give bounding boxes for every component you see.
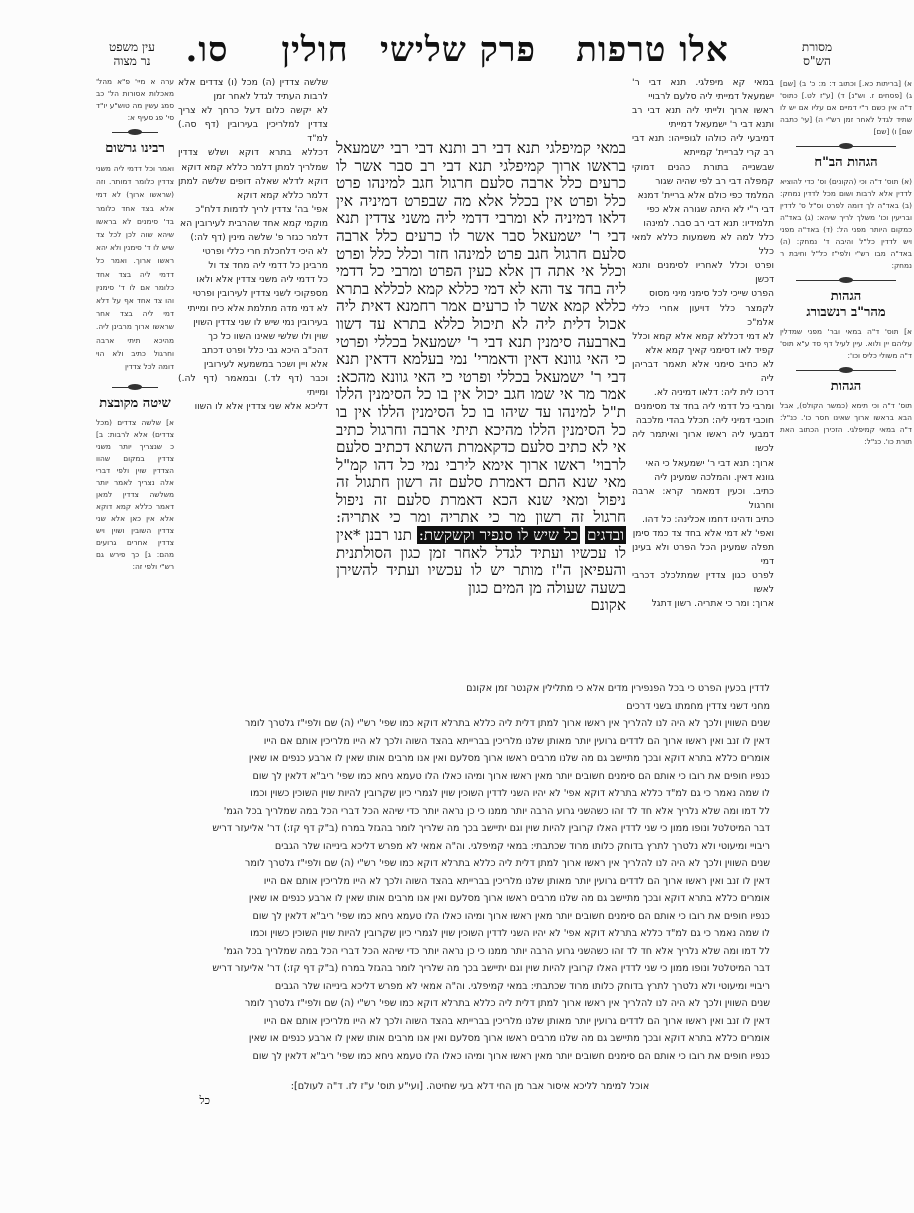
catchword: כל: [180, 1094, 210, 1107]
commentary-line: אומרים כללא בתרא דוקא ובכך מתיישב גם מה …: [175, 750, 770, 768]
gemara-continuation: והא לא דמי כללא קמא לכללא בתרא כללא קמא …: [336, 280, 626, 527]
hagahot-maharab-text: א] תוס' ד"ה במאי ובר' מפני שמדלין עליהם …: [780, 326, 912, 362]
tosafot-line: דלמר כגזר פ' שלשה מינין (דף לה:): [178, 231, 328, 245]
tosafot-line: לא היכי דלחכלת חרי כללי ופרטי: [178, 245, 328, 259]
rashi-commentary: במאי קא מיפלגי. תנא דבי ר' ישמעאל דמייתי…: [632, 76, 774, 612]
hagahot-habach-title: הגהות הב"ח: [780, 154, 912, 170]
rashi-line: ומרבי כל דדמי ליה בחד צד מסימנים: [632, 400, 774, 414]
rashi-line: ארוך: תנא דבי ר' ישמעאל כי האי: [632, 457, 774, 471]
commentary-line: כנפיו חופים את רובו כי אותם הם סימנים חש…: [175, 768, 770, 786]
tosafot-line: בעירובין נמי שיש לו שני צדדין השוין: [178, 316, 328, 330]
commentary-line: כנפיו חופים את רובו כי אותם הם סימנים חש…: [175, 908, 770, 926]
tosafot-line: לא יקשה כלום דעל כרחך לא צריך צדדין למלר…: [178, 104, 328, 146]
tosafot-line: דוקא לדלא שאלה דופים שלשה למתן דלמר כללא…: [178, 175, 328, 203]
commentary-line: אומרים כללא בתרא דוקא ובכך מתיישב גם מה …: [175, 1030, 770, 1048]
rashi-line: המלמד כפי כולם אלא בריית' דמנא: [632, 189, 774, 203]
commentary-line: שנים השווין ולכך לא היה לנו להלריך אין ר…: [175, 995, 770, 1013]
commentary-line: לו שמה נאמר כי גם למ"ד כללא בתרלא דוקא א…: [175, 925, 770, 943]
shita-mekubetzet-title: שיטה מקובצת: [96, 395, 174, 411]
rashi-line: דרכו לית ליה: דלאו דמיניה לא.: [632, 386, 774, 400]
rashi-line: דמבעי ליה ראשו ארוך ואיתמר ליה לכשו: [632, 428, 774, 456]
rashi-line: במאי קא מיפלגי. תנא דבי ר' ישמעאל דמייתי…: [632, 76, 774, 104]
rashi-line: ואפי' לא דמי אלא בחד צד כמד סימן: [632, 527, 774, 541]
commentary-line: דאין לו זנב ואין ראשו ארוך הם לדדים גרוע…: [175, 1013, 770, 1031]
commentary-line: שנים השווין ולכך לא היה לנו להלריך אין ר…: [175, 715, 770, 733]
tosafot-line: כל דדמי ליה משני צדדין אלא ולאו: [178, 273, 328, 287]
rashi-line: לפרט כגון צדדין שמתלכלכ דכרבי לאשו: [632, 569, 774, 597]
chapter-number: פרק שלישי: [378, 30, 538, 70]
tosafot-line: שלשה צדדין (ה) מכל (ו) צדדים אלא לרבות ה…: [178, 76, 328, 104]
tosafot-line: וכבר (דף לד.) ובמאמר (דף לה.) ומייתי: [178, 372, 328, 400]
rashi-line: שבשנייה בתורת כהנים דמוקי קמפלה דבי רב ל…: [632, 161, 774, 189]
tractate-name: חולין: [260, 30, 370, 70]
lower-commentary: לדדין בכעין הפרט כי בכל הפנפירין מדים אל…: [175, 680, 770, 1065]
rashi-line: לקמצר כלל דויעון אחרי כללי אלמ"כ: [632, 302, 774, 330]
commentary-line: כנפיו חופים את רובו כי אותם הם סימנים חש…: [175, 1048, 770, 1066]
footer-last-line: אוכל למימר לליכא איסור אבר מן החי דלא בע…: [260, 1080, 680, 1094]
commentary-line: דבר המיטלטל ונופו ממון כי שני לדדין האלו…: [175, 960, 770, 978]
rabbeinu-gershom-text: ואמר וכל דדמי ליה משני צדדין כלומר דמותר…: [96, 162, 174, 373]
commentary-line: אומרים כללא בתרא דוקא ובכך מתיישב גם מה …: [175, 890, 770, 908]
hagahot-title: הגהות: [780, 378, 912, 394]
tosafot-line: מוקמי קמא אחד שהרבית לעירובין הא: [178, 217, 328, 231]
rashi-line: קפיד לאו דסימני קאיך קמא אלא: [632, 344, 774, 358]
rashi-line: דבי ר"י לא היתה שגורה אלא כפי: [632, 203, 774, 217]
ein-mishpat-text: ערה א מיי' פ"א מהל' מאכלות אסורות הל' כב…: [96, 76, 174, 124]
commentary-line: דבר המיטלטל ונופו ממון כי שני לדדין האלו…: [175, 820, 770, 838]
commentary-line: לדדין בכעין הפרט כי בכל הפנפירין מדים אל…: [175, 680, 770, 698]
ornament-divider: [104, 383, 166, 391]
rashi-line: לא כחיב סימני אלא תאמר דבריהן ליה: [632, 358, 774, 386]
ornament-divider: [788, 366, 904, 374]
rashi-line: ראשו ארוך ולייתי ליה תנא דבי רב ותנא דבי…: [632, 104, 774, 132]
shita-mekubetzet-text: א] שלשה צדדים (מכל צדדים) אלא לרבות: ב] …: [96, 417, 174, 573]
rashi-line: תפלה שמעינן הכל הפרט ולא בעינן דמי: [632, 541, 774, 569]
tosafot-line: דכללא בתרא דוקא ושלש צדדין שמלריך למתן ד…: [178, 146, 328, 174]
commentary-line: דאין לו זנב ואין ראשו ארוך הם לדדים גרוע…: [175, 733, 770, 751]
chapter-title: אלו טרפות: [545, 30, 760, 70]
gemara-opening: במאי קמיפלגי תנא דבי רב ותנא דבי רבי ישמ…: [336, 139, 626, 298]
rashi-line: גוונא דאין. והמלכה שמעינן ליה: [632, 471, 774, 485]
rashi-line: תלמידיו: תנא דבי רב סבר. למינהו: [632, 217, 774, 231]
masoret-hashas-text: א) [בריתות כא.] וכתוב ד: מ: כ' ב) [שם] ג…: [780, 78, 912, 138]
folio-number: סו.: [172, 30, 242, 70]
rashi-line: הפרט שייכי לכל סימני מיני מסוס: [632, 287, 774, 301]
left-margin: ערה א מיי' פ"א מהל' מאכלות אסורות הל' כב…: [96, 76, 174, 573]
tosafot-line: מרבינן כל דדמי ליה מחד צד ול: [178, 259, 328, 273]
gemara-last-word: אקונם: [336, 597, 626, 615]
rashi-line: דמיבעי ליה כולהו לגופייהו: תנא דבי רב קר…: [632, 132, 774, 160]
tosafot-line: אפי' בה' צדדין לריך לדמות דלח"כ: [178, 203, 328, 217]
commentary-line: לל דמו ומה שלא נלריך אלא חד לד זהו כשהשנ…: [175, 943, 770, 961]
rashi-line: כתיב. וכעין דמאמר קרא: ארבה וחרגול: [632, 485, 774, 513]
tosafot-line: לא דמי מדה מתלמת אלא כיח ומייתי: [178, 302, 328, 316]
commentary-line: לו שמה נאמר כי גם למ"ד כללא בתרלא דוקא א…: [175, 785, 770, 803]
commentary-line: מחני דשני צדדין מחמתו בשני דרכים: [175, 698, 770, 716]
commentary-line: לל דמו ומה שלא נלריך אלא חד לד זהו כשהשנ…: [175, 803, 770, 821]
tosafot-line: שוין ולו שלשי שאינו השוו כל כך: [178, 330, 328, 344]
tosafot-line: דליכא אלא שני צדדין אלא לו השוו: [178, 400, 328, 414]
masoret-hashas-header: מסורת הש"ס: [782, 40, 852, 68]
rashi-line: ופרט וכלל לאחריו לסימנים ותנא דכשן: [632, 259, 774, 287]
rashi-line: כלל למה לא משמעות כללא למאי כלל: [632, 231, 774, 259]
commentary-line: ריבויי ומיעוטי ולא נלטרך לתרץ בדוחק כלות…: [175, 838, 770, 856]
rashi-line: כתיב ודהינו דחמו אכלינה: כל דהו.: [632, 513, 774, 527]
mishnah-heading-highlight: ובדגים: [585, 526, 626, 544]
hagahot-habach-text: (א) תוס' ד"ה וכי (הקונים) וס' כדי להוציא…: [780, 176, 912, 272]
ornament-divider: [788, 142, 904, 150]
commentary-line: ריבויי ומיעוטי ולא נלטרך לתרץ בדוחק כלות…: [175, 978, 770, 996]
tosafot-line: אלא ויין ושכר במשמעא לעירובין: [178, 358, 328, 372]
commentary-line: שנים השווין ולכך לא היה לנו להלריך אין ר…: [175, 855, 770, 873]
rashi-line: לא דמי דכללא קמא אלא קמא וכלל: [632, 330, 774, 344]
tosafot-commentary: שלשה צדדין (ה) מכל (ו) צדדים אלא לרבות ה…: [178, 76, 328, 414]
right-margin: א) [בריתות כא.] וכתוב ד: מ: כ' ב) [שם] ג…: [780, 78, 912, 448]
ornament-divider: [104, 128, 166, 136]
rashi-line: חוכבי דמיני ליה: תכלל בהדי מלכבה: [632, 414, 774, 428]
ornament-divider: [788, 276, 904, 284]
mishnah-text-highlight: כל שיש לו סנפיר וקשקשת:: [417, 526, 580, 544]
hagahot-text: תוס' ד"ה וכי תימא (כמשר הקולס), אבל הבא …: [780, 400, 912, 448]
commentary-line: דאין לו זנב ואין ראשו ארוך הם לדדים גרוע…: [175, 873, 770, 891]
rashi-line: ארוך: ומר כי אתריה. רשון דתגל: [632, 597, 774, 611]
tosafot-line: דהכ"ב היכא גבי כלל ופרט דכתב: [178, 344, 328, 358]
ein-mishpat-header: עין משפט נר מצוה: [100, 40, 164, 68]
rabbeinu-gershom-title: רבינו גרשום: [96, 140, 174, 156]
hagahot-maharab-title: הגהות מהר"ב רנשבורג: [780, 288, 912, 320]
gemara-main-text: במאי קמיפלגי תנא דבי רב ותנא דבי רבי ישמ…: [336, 140, 626, 615]
tosafot-line: מספקוכי לשני צדדין לעירובין ופרטי: [178, 287, 328, 301]
